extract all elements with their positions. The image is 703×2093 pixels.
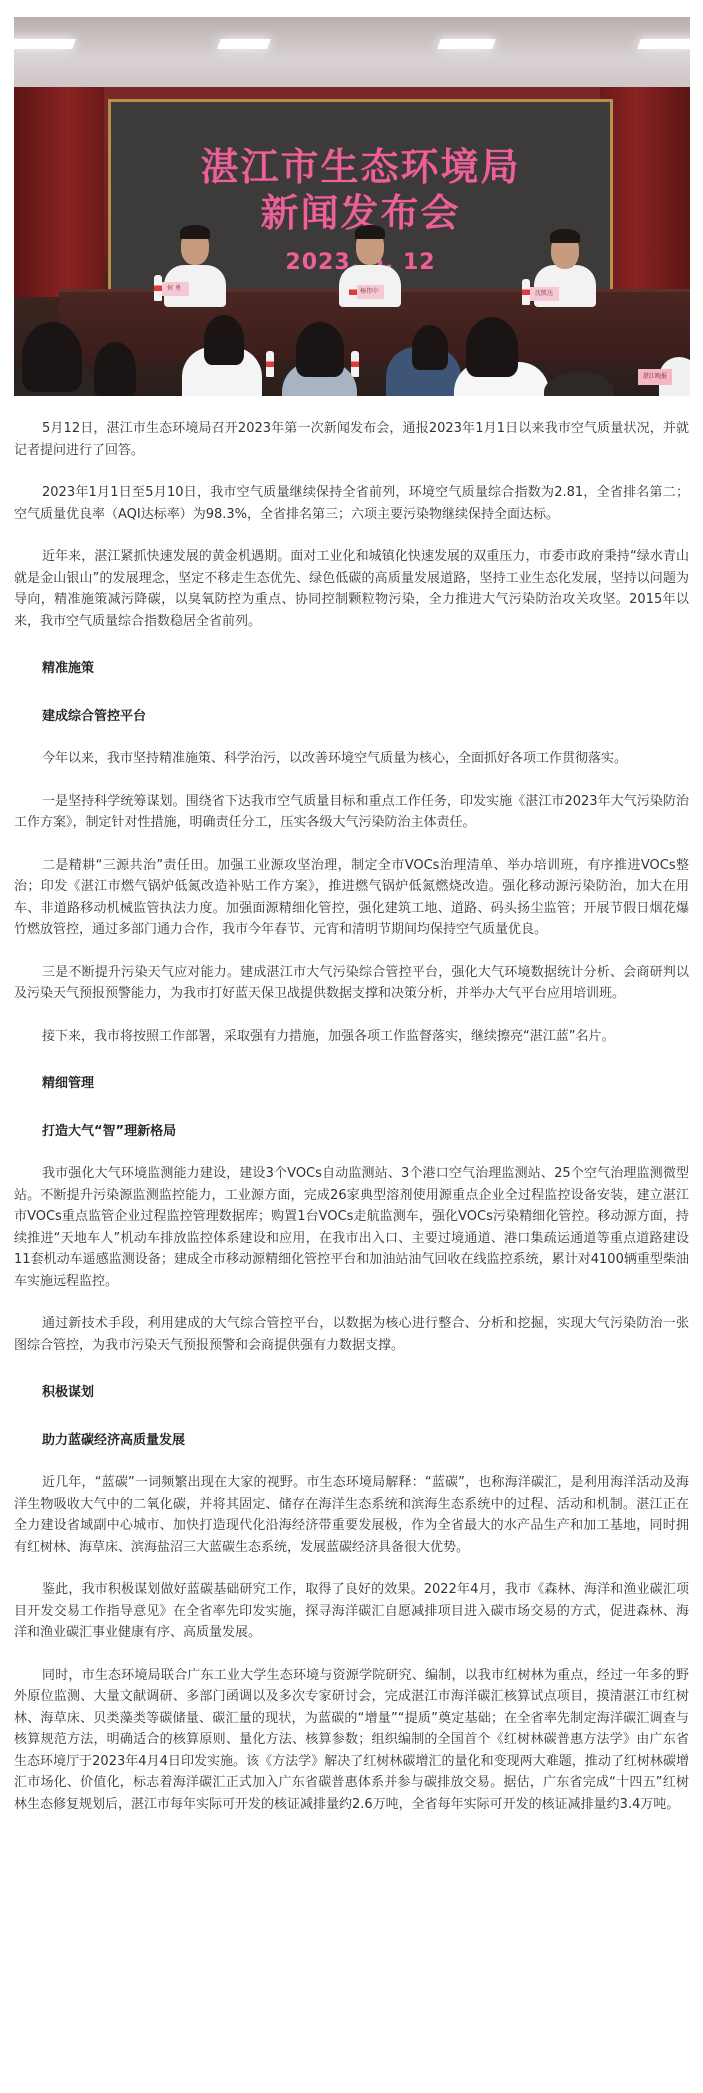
section-heading: 精细管理: [14, 1073, 689, 1095]
article-paragraph: 一是坚持科学统筹谋划。围绕省下达我市空气质量目标和重点工作任务，印发实施《湛江市…: [14, 791, 689, 834]
article-paragraph: 鉴此，我市积极谋划做好蓝碳基础研究工作，取得了良好的效果。2022年4月，我市《…: [14, 1579, 689, 1644]
water-bottle: [522, 279, 530, 305]
article-body: 5月12日，湛江市生态环境局召开2023年第一次新闻发布会，通报2023年1月1…: [14, 418, 689, 1815]
water-bottle: [154, 275, 162, 301]
ceiling-light: [14, 39, 76, 49]
screen-title: 湛江市生态环境局 新闻发布会: [200, 144, 520, 236]
article-paragraph: 接下来，我市将按照工作部署，采取强有力措施，加强各项工作监督落实，继续擦亮“湛江…: [14, 1026, 689, 1048]
article-paragraph: 近几年，“蓝碳”一词频繁出现在大家的视野。市生态环境局解释：“蓝碳”，也称海洋碳…: [14, 1472, 689, 1558]
section-heading: 积极谋划: [14, 1382, 689, 1404]
article-paragraph: 2023年1月1日至5月10日，我市空气质量继续保持全省前列，环境空气质量综合指…: [14, 482, 689, 525]
audience-head: [22, 322, 82, 392]
water-bottle: [266, 351, 274, 377]
ceiling-light: [437, 39, 496, 49]
audience-head: [296, 322, 344, 377]
article-paragraph: 近年来，湛江紧抓快速发展的黄金机遇期。面对工业化和城镇化快速发展的双重压力，市委…: [14, 546, 689, 632]
article-paragraph: 通过新技术手段，利用建成的大气综合管控平台，以数据为核心进行整合、分析和挖掘，实…: [14, 1313, 689, 1356]
article-paragraph: 5月12日，湛江市生态环境局召开2023年第一次新闻发布会，通报2023年1月1…: [14, 418, 689, 461]
ceiling-light: [217, 39, 271, 49]
speaker-center-hair: [355, 225, 385, 239]
article-paragraph: 同时，市生态环境局联合广东工业大学生态环境与资源学院研究、编制，以我市红树林为重…: [14, 1665, 689, 1816]
section-heading: 建成综合管控平台: [14, 706, 689, 728]
section-heading: 精准施策: [14, 658, 689, 680]
screen-title-line1: 湛江市生态环境局: [200, 144, 520, 190]
audience-head: [412, 325, 448, 370]
curtain-right: [600, 87, 690, 297]
press-conference-photo: 湛江市生态环境局 新闻发布会 2023. 5. 12 何 勇 杨伟中 沈凯达: [14, 17, 690, 396]
audience-head: [544, 372, 614, 396]
nameplate-left: 何 勇: [159, 282, 189, 296]
nameplate-center: 杨伟中: [354, 285, 384, 299]
audience-head: [466, 317, 518, 377]
article-paragraph: 今年以来，我市坚持精准施策、科学治污，以改善环境空气质量为核心，全面抓好各项工作…: [14, 748, 689, 770]
curtain-left: [14, 87, 104, 297]
audience-head: [204, 315, 244, 365]
speaker-right-hair: [550, 229, 580, 243]
article-paragraph: 三是不断提升污染天气应对能力。建成湛江市大气污染综合管控平台，强化大气环境数据统…: [14, 962, 689, 1005]
ceiling: [14, 17, 690, 87]
article: 湛江市生态环境局 新闻发布会 2023. 5. 12 何 勇 杨伟中 沈凯达: [0, 0, 703, 1835]
water-bottle: [349, 279, 357, 305]
section-heading: 打造大气“智”理新格局: [14, 1121, 689, 1143]
section-heading: 助力蓝碳经济高质量发展: [14, 1430, 689, 1452]
article-paragraph: 我市强化大气环境监测能力建设，建设3个VOCs自动监测站、3个港口空气治理监测站…: [14, 1163, 689, 1292]
speaker-left-hair: [180, 225, 210, 239]
ceiling-light: [637, 39, 690, 49]
media-nameplate: 湛江晚报: [638, 369, 672, 385]
audience-head: [94, 342, 136, 396]
article-paragraph: 二是精耕“三源共治”责任田。加强工业源攻坚治理，制定全市VOCs治理清单、举办培…: [14, 855, 689, 941]
nameplate-right: 沈凯达: [529, 287, 559, 301]
water-bottle: [351, 351, 359, 377]
